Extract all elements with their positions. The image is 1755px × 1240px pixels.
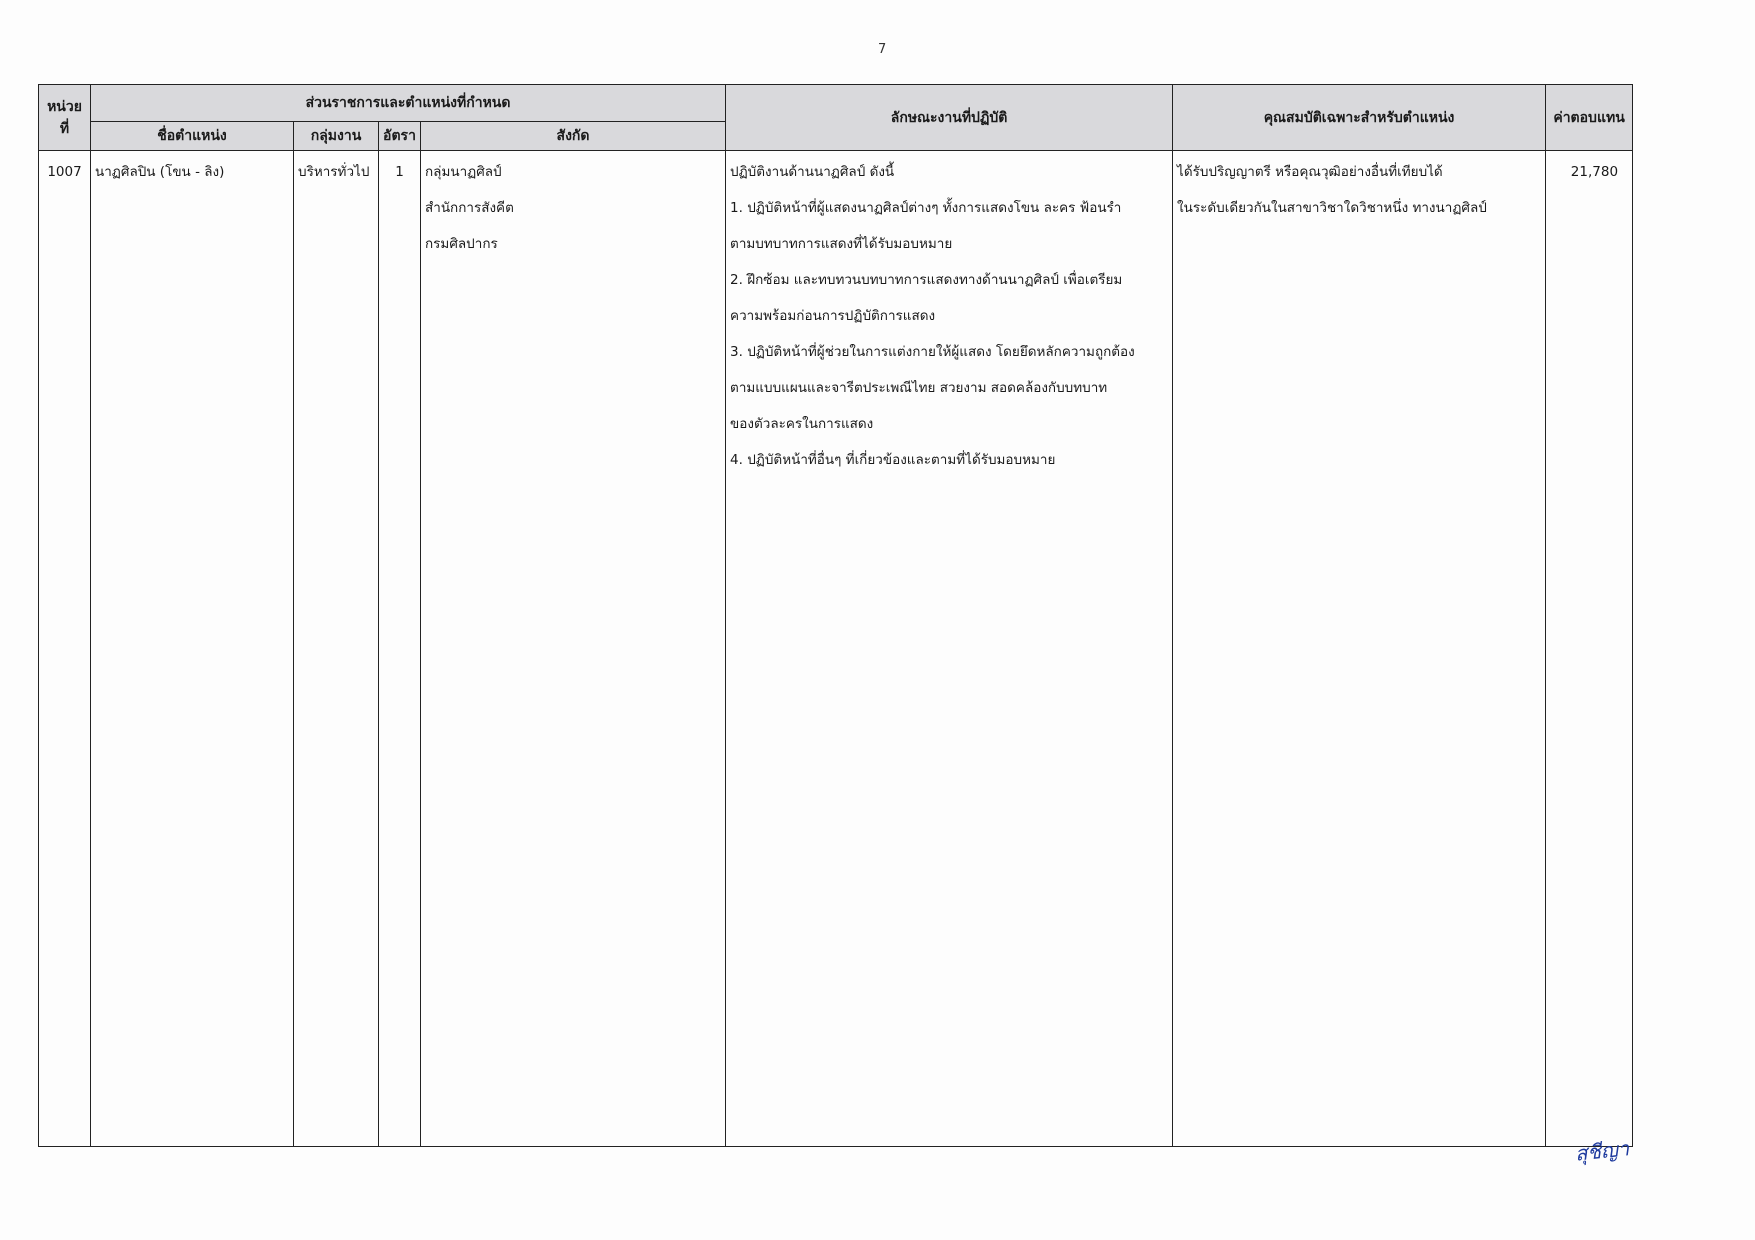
cell-qualifications: ได้รับปริญญาตรี หรือคุณวุฒิอย่างอื่นที่เ… (1173, 151, 1546, 1147)
position-name-value: นาฏศิลปิน (โขน - ลิง) (91, 151, 293, 190)
cell-work-group: บริหารทั่วไป (294, 151, 379, 1147)
affiliation-line: กลุ่มนาฏศิลป์ (425, 154, 721, 190)
affiliation-line: กรมศิลปากร (425, 226, 721, 262)
duties-line: 4. ปฏิบัติหน้าที่อื่นๆ ที่เกี่ยวข้องและต… (730, 442, 1168, 478)
duties-line: ปฏิบัติงานด้านนาฏศิลป์ ดังนี้ (730, 154, 1168, 190)
work-group-value: บริหารทั่วไป (294, 151, 378, 190)
header-position-name: ชื่อตำแหน่ง (91, 122, 294, 151)
header-compensation: ค่าตอบแทน (1546, 85, 1633, 151)
duties-line: ตามบทบาทการแสดงที่ได้รับมอบหมาย (730, 226, 1168, 262)
header-unit-no-line1: หน่วย (39, 96, 90, 118)
duties-line: 2. ฝึกซ้อม และทบทวนบทบาทการแสดงทางด้านนา… (730, 262, 1168, 298)
cell-position-name: นาฏศิลปิน (โขน - ลิง) (91, 151, 294, 1147)
qualifications-line: ในระดับเดียวกันในสาขาวิชาใดวิชาหนึ่ง ทาง… (1177, 190, 1541, 226)
table-row: 1007 นาฏศิลปิน (โขน - ลิง) บริหารทั่วไป … (39, 151, 1633, 1147)
unit-no-value: 1007 (39, 151, 90, 190)
cell-rate: 1 (379, 151, 421, 1147)
header-unit-no: หน่วย ที่ (39, 85, 91, 151)
duties-line: ความพร้อมก่อนการปฏิบัติการแสดง (730, 298, 1168, 334)
rate-value: 1 (379, 151, 420, 190)
position-table: หน่วย ที่ ส่วนราชการและตำแหน่งที่กำหนด ล… (38, 84, 1633, 1147)
header-rate: อัตรา (379, 122, 421, 151)
page-number: 7 (878, 42, 886, 57)
cell-affiliation: กลุ่มนาฏศิลป์ สำนักการสังคีต กรมศิลปากร (421, 151, 726, 1147)
duties-line: 3. ปฏิบัติหน้าที่ผู้ช่วยในการแต่งกายให้ผ… (730, 334, 1168, 370)
cell-compensation: 21,780 (1546, 151, 1633, 1147)
duties-line: 1. ปฏิบัติหน้าที่ผู้แสดงนาฏศิลป์ต่างๆ ทั… (730, 190, 1168, 226)
cell-unit-no: 1007 (39, 151, 91, 1147)
header-unit-no-line2: ที่ (39, 118, 90, 140)
duties-line: ตามแบบแผนและจารีตประเพณีไทย สวยงาม สอดคล… (730, 370, 1168, 406)
compensation-value: 21,780 (1546, 151, 1632, 190)
affiliation-line: สำนักการสังคีต (425, 190, 721, 226)
header-duties: ลักษณะงานที่ปฏิบัติ (726, 85, 1173, 151)
header-qualifications: คุณสมบัติเฉพาะสำหรับตำแหน่ง (1173, 85, 1546, 151)
header-work-group: กลุ่มงาน (294, 122, 379, 151)
duties-line: ของตัวละครในการแสดง (730, 406, 1168, 442)
handwritten-signature: สุชีญา (1573, 1132, 1630, 1169)
cell-duties: ปฏิบัติงานด้านนาฏศิลป์ ดังนี้ 1. ปฏิบัติ… (726, 151, 1173, 1147)
header-affiliation: สังกัด (421, 122, 726, 151)
qualifications-line: ได้รับปริญญาตรี หรือคุณวุฒิอย่างอื่นที่เ… (1177, 154, 1541, 190)
header-division-group: ส่วนราชการและตำแหน่งที่กำหนด (91, 85, 726, 122)
